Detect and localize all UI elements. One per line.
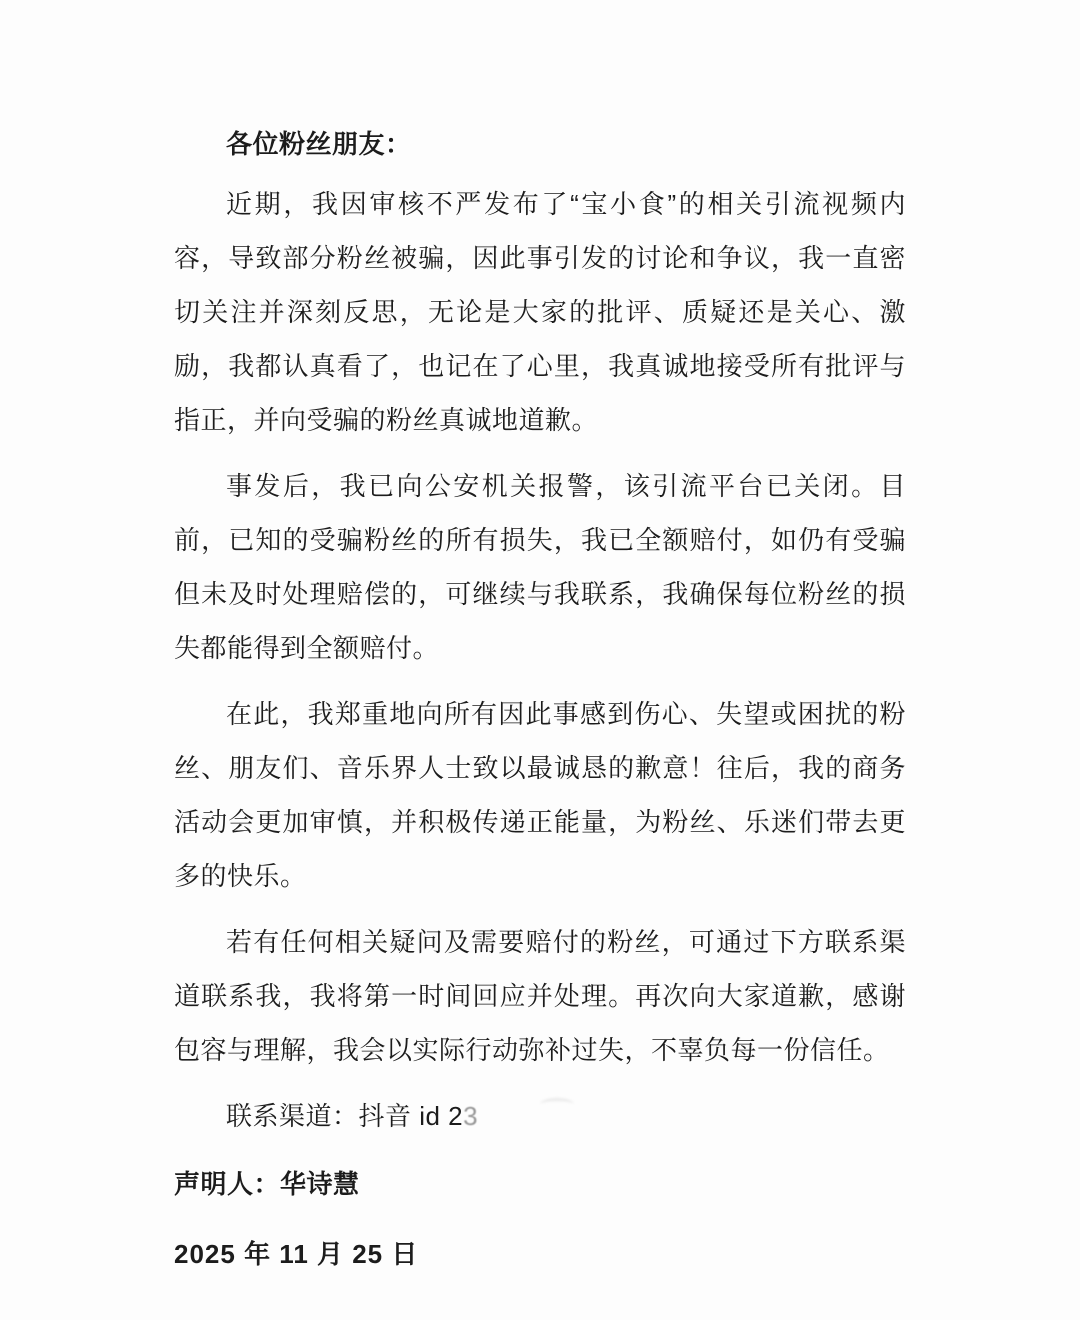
paragraph-compensation: 事发后，我已向公安机关报警，该引流平台已关闭。目前，已知的受骗粉丝的所有损失，我… — [174, 459, 906, 675]
salutation: 各位粉丝朋友： — [174, 117, 906, 171]
contact-channel-text: 联系渠道：抖音 id 2 — [226, 1101, 463, 1131]
contact-channel-line: 联系渠道：抖音 id 23 — [174, 1089, 906, 1143]
paragraph-incident: 近期，我因审核不严发布了“宝小食”的相关引流视频内容，导致部分粉丝被骗，因此事引… — [174, 177, 906, 447]
statement-content: 各位粉丝朋友： 近期，我因审核不严发布了“宝小食”的相关引流视频内容，导致部分粉… — [174, 117, 906, 1281]
paragraph-apology: 在此，我郑重地向所有因此事感到伤心、失望或困扰的粉丝、朋友们、音乐界人士致以最诚… — [174, 687, 906, 903]
erased-text-smudge — [540, 1098, 574, 1111]
declarer-line: 声明人：华诗慧 — [174, 1157, 906, 1211]
apology-statement-page: 各位粉丝朋友： 近期，我因审核不严发布了“宝小食”的相关引流视频内容，导致部分粉… — [0, 0, 1080, 1320]
contact-id-faded-digit: 3 — [463, 1101, 478, 1131]
paragraph-followup: 若有任何相关疑问及需要赔付的粉丝，可通过下方联系渠道联系我，我将第一时间回应并处… — [174, 915, 906, 1077]
date-line: 2025 年 11 月 25 日 — [174, 1227, 906, 1281]
